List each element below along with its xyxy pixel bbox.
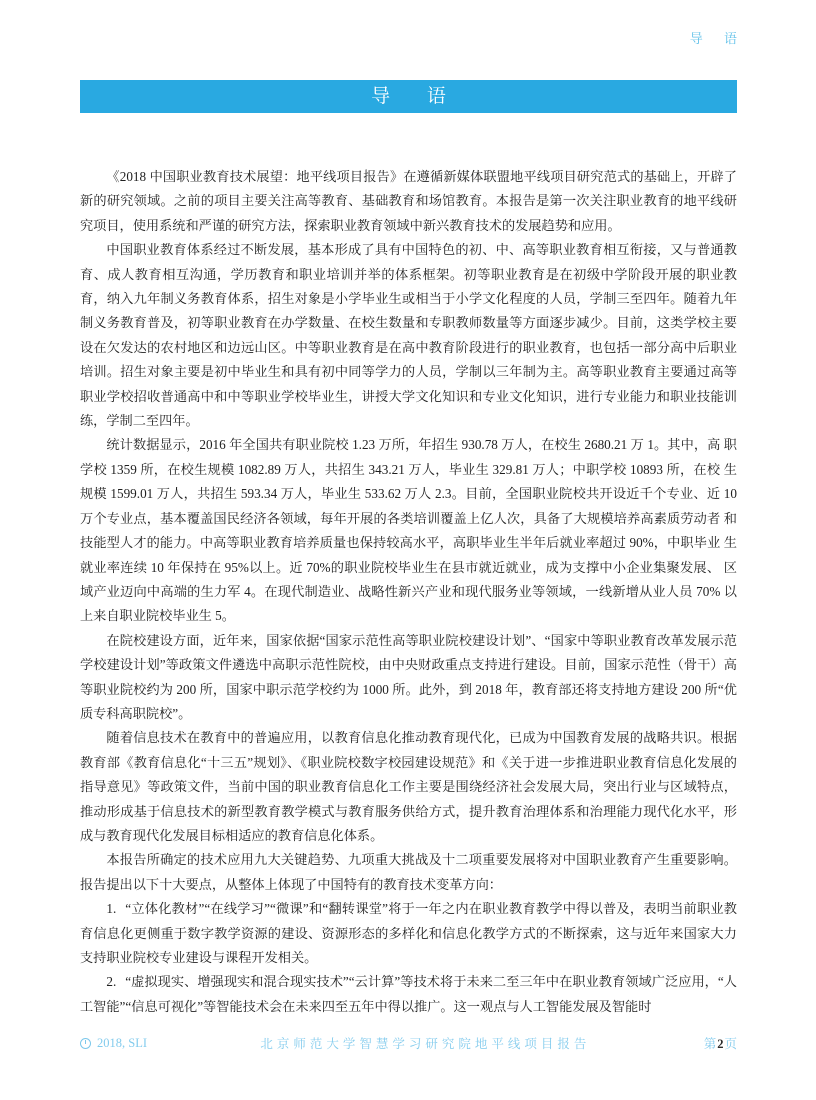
- copyright-icon: [80, 1038, 91, 1049]
- paragraph: 在院校建设方面，近年来，国家依据“国家示范性高等职业院校建设计划”、“国家中等职…: [80, 629, 737, 727]
- page-footer: 2018, SLI 北京师范大学智慧学习研究院地平线项目报告 第2页: [80, 1034, 737, 1052]
- list-item-text: “立体化教材”“在线学习”“微课”和“翻转课堂”将于一年之内在职业教育教学中得以…: [80, 901, 737, 965]
- section-banner: 导 语: [80, 80, 737, 113]
- paragraph: 中国职业教育体系经过不断发展，基本形成了具有中国特色的初、中、高等职业教育相互衔…: [80, 238, 737, 433]
- paragraph: 《2018 中国职业教育技术展望：地平线项目报告》在遵循新媒体联盟地平线项目研究…: [80, 165, 737, 238]
- list-item-number: 1.: [106, 901, 116, 916]
- footer-copyright-text: 2018, SLI: [97, 1036, 147, 1051]
- running-head: 导 语: [690, 28, 746, 47]
- list-item: 2.“虚拟现实、增强现实和混合现实技术”“云计算”等技术将于未来二至三年中在职业…: [80, 970, 737, 1019]
- section-title: 导 语: [80, 80, 737, 113]
- document-page: 导 语 导 语 《2018 中国职业教育技术展望：地平线项目报告》在遵循新媒体联…: [0, 0, 816, 1100]
- list-item: 1.“立体化教材”“在线学习”“微课”和“翻转课堂”将于一年之内在职业教育教学中…: [80, 897, 737, 970]
- footer-copyright: 2018, SLI: [80, 1036, 147, 1051]
- list-item-number: 2.: [106, 974, 116, 989]
- footer-report-title: 北京师范大学智慧学习研究院地平线项目报告: [260, 1034, 590, 1052]
- body-text: 《2018 中国职业教育技术展望：地平线项目报告》在遵循新媒体联盟地平线项目研究…: [80, 165, 737, 1019]
- footer-page-indicator: 第2页: [704, 1034, 737, 1052]
- list-item-text: “虚拟现实、增强现实和混合现实技术”“云计算”等技术将于未来二至三年中在职业教育…: [80, 974, 737, 1013]
- paragraph: 本报告所确定的技术应用九大关键趋势、九项重大挑战及十二项重要发展将对中国职业教育…: [80, 848, 737, 897]
- paragraph: 统计数据显示，2016 年全国共有职业院校 1.23 万所，年招生 930.78…: [80, 433, 737, 628]
- page-number-suffix: 页: [724, 1037, 737, 1051]
- paragraph: 随着信息技术在教育中的普遍应用，以教育信息化推动教育现代化，已成为中国教育发展的…: [80, 726, 737, 848]
- page-number-prefix: 第: [704, 1037, 717, 1051]
